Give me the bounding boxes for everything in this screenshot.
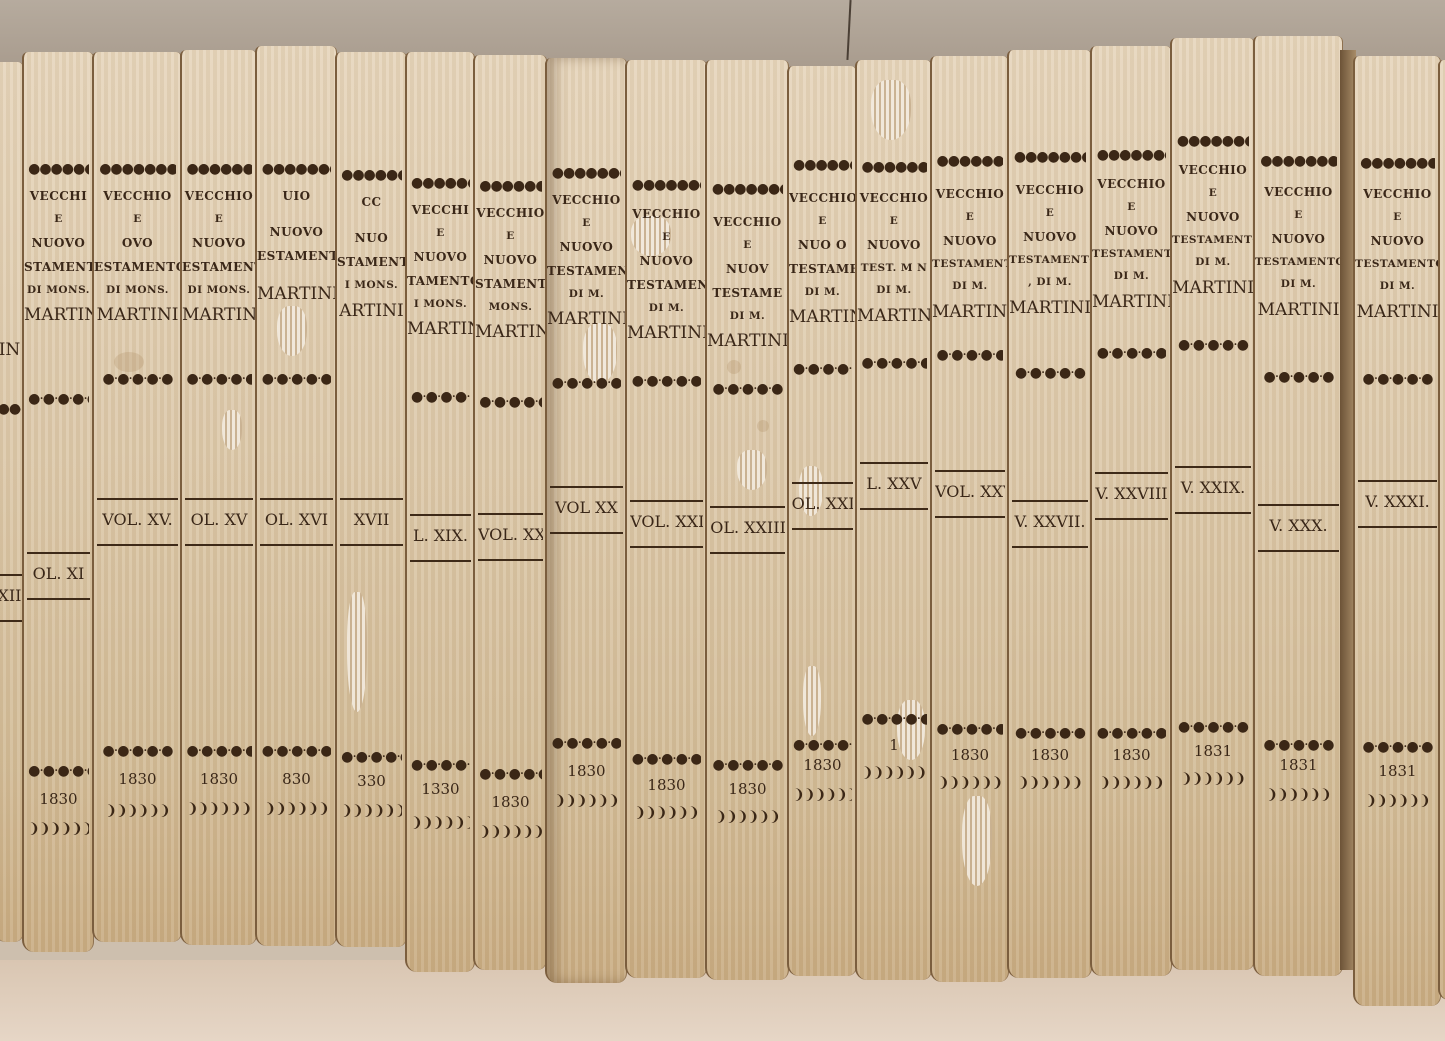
spine-author: ARTINI <box>337 303 406 320</box>
spine-volume: OL. XV <box>185 510 253 529</box>
spine-title-line: E <box>1355 212 1440 223</box>
spine-author: MARTINI <box>547 311 626 328</box>
ornament-mid: ●·●·●·●·● <box>1177 338 1249 352</box>
book-spine: ●●●●●●● VECCHIO E NUOVO TEST. M N DI M. … <box>855 60 932 980</box>
spine-volume: V. XXVII. <box>1012 512 1087 531</box>
book-spine: ●●●●●●● VECCHIO E NUO O TESTAMENT DI M. … <box>787 66 857 976</box>
spine-title-line: NUOVO <box>407 251 474 263</box>
book-spine: ●●●●●●● IN XII <box>0 62 24 942</box>
ornament-year-top: ●·●·●·●·● <box>28 764 89 778</box>
spine-author: MARTINI <box>627 325 706 342</box>
spine-title-line: VECCHIO <box>932 188 1008 200</box>
spine-volume: VOL. XXII. <box>630 512 703 531</box>
book-spine: ●●●●●●● VECCHIO E NUOVO TESTAMENTO DI M.… <box>1353 56 1441 1006</box>
book-spine: ●●●●●●● VECCHIO E NUOVO ESTAMENTO DI MON… <box>180 50 257 945</box>
spine-title-line: TESTAMENT <box>789 263 856 275</box>
spine-title-line: TESTAMENTO <box>547 265 626 277</box>
ornament-top: ●●●●●●● <box>28 162 89 176</box>
ornament-top: ●●●●●●● <box>937 154 1004 168</box>
spine-title-line: ESTAMENTO <box>182 261 256 273</box>
spine-title-line: I MONS. <box>337 280 406 291</box>
ornament-mid: ●·●·●·●·● <box>99 372 176 386</box>
ornament-mid: ●·●·●·●·● <box>793 362 852 376</box>
spine-volume: L. XIX. <box>410 526 472 545</box>
spine-title-line: E <box>1009 208 1091 219</box>
spine-title-line: ESTAMENT <box>257 250 336 262</box>
ornament-year-top: ●·●·●·●·● <box>552 736 622 750</box>
spine-year: 1830 <box>1092 746 1171 764</box>
ornament-mid: ●·●·●·●·● <box>552 376 622 390</box>
spine-author: MARTINI <box>94 307 181 324</box>
spine-title-line: NUO O <box>789 239 856 251</box>
spine-author: MARTINI <box>857 308 931 325</box>
spine-title-line: E <box>24 214 93 225</box>
ornament-top: ●●●●●●● <box>186 162 251 176</box>
spine-title-line: TESTAME <box>707 287 788 299</box>
ornament-bottom: ❩❩❩❩❩❩ <box>1097 776 1167 790</box>
book-spine: ●●●●●●● VECCHI E NUOVO STAMENT DI MONS. … <box>22 52 94 952</box>
spine-title-line: DI M. <box>1092 271 1171 282</box>
ornament-top: ●●●●●●● <box>479 179 541 193</box>
ornament-mid: ●·●·●·●·● <box>937 348 1004 362</box>
spine-title-line: NUOVO <box>182 237 256 249</box>
ornament-mid: ●·●·●·●·● <box>411 390 470 404</box>
spine-title-line: NUO <box>337 232 406 244</box>
spine-year: 1831 <box>1255 756 1342 774</box>
ornament-top: ●●●●●●● <box>1360 156 1435 170</box>
spine-year: 1 <box>857 736 931 754</box>
spine-year: 1830 <box>24 790 93 808</box>
spine-author: MARTINI <box>407 321 474 338</box>
spine-volume: VOL. XXV <box>935 482 1005 501</box>
ornament-mid: ●·●·●·●·● <box>632 374 702 388</box>
spine-volume: OL. XVI <box>260 510 333 529</box>
ornament-mid: ●·●·●·●·● <box>479 395 541 409</box>
spine-author: MARTINI <box>182 307 256 324</box>
spine-title-line: VECCHI <box>24 190 93 202</box>
ornament-bottom: ❩❩❩❩❩❩ <box>411 816 470 830</box>
spine-title-line: E <box>707 240 788 251</box>
spine-year: 1830 <box>182 770 256 788</box>
book-spine: ●●●●●●● VECCHIO E NUOVO STAMENT MONS. MA… <box>473 55 547 970</box>
spine-title-line: NUOVO <box>1355 235 1440 247</box>
spine-title-line: TESTAMENTO <box>1092 249 1171 260</box>
spine-year: 1830 <box>627 776 706 794</box>
ornament-year-top: ●·●·●·●·● <box>937 722 1004 736</box>
spine-title-line: DI M. <box>857 285 931 296</box>
spine-author: MARTINI <box>1172 280 1254 297</box>
spine-title-line: DI M. <box>1355 281 1440 292</box>
spine-title-line: CC <box>337 196 406 208</box>
ornament-year-top: ●·●·●·●·● <box>861 712 926 726</box>
spine-volume: VOL. XX <box>478 525 543 544</box>
ornament-top: ●●●●●●● <box>99 162 176 176</box>
book-spine: ●●●●●●● VECCHIO E OVO ESTAMENTO DI MONS.… <box>92 52 182 942</box>
ornament-top: ●●●●●●● <box>1014 150 1086 164</box>
spine-title-line: STAMENT <box>337 256 406 268</box>
spine-title-line: E <box>1092 202 1171 213</box>
spine-title-line: VECCHIO <box>475 207 546 219</box>
ornament-bottom: ❩❩❩❩❩❩ <box>937 776 1004 790</box>
spine-volume: L. XXV <box>860 474 928 493</box>
spine-title-line: ESTAMENTO <box>94 261 181 273</box>
spine-title-line: NUOVO <box>547 241 626 253</box>
ornament-top: ●●●●●●● <box>1097 148 1167 162</box>
ornament-bottom: ❩❩❩❩❩❩ <box>28 822 89 836</box>
ornament-year-top: ●·●·●·●·● <box>341 750 402 764</box>
ornament-bottom: ❩❩❩❩❩❩ <box>1360 794 1435 808</box>
ornament-bottom: ❩❩❩❩❩❩ <box>1260 788 1337 802</box>
spine-title-line: DI MONS. <box>182 285 256 296</box>
ornament-bottom: ❩❩❩❩❩❩ <box>99 804 176 818</box>
spine-title-line: TESTAMENTO <box>1355 259 1440 270</box>
spine-title-line: VECCHIO <box>547 194 626 206</box>
spine-title-line: VECCHIO <box>707 216 788 228</box>
ornament-mid: ●·●·●·●·● <box>861 356 926 370</box>
ornament-bottom: ❩❩❩❩❩❩ <box>186 802 251 816</box>
ornament-mid: ●·●·●·●·● <box>1260 370 1337 384</box>
spine-year: 1330 <box>407 780 474 798</box>
book-spine: ●●●●●●● VECCHIO E NUOVO TESTAMENTO , DI … <box>1007 50 1092 978</box>
ornament-mid: ●·●·●·●·● <box>1097 346 1167 360</box>
spine-volume: OL. XXI <box>792 494 854 513</box>
spine-title-line: I MONS. <box>407 299 474 310</box>
ornament-top: ●●●●●●● <box>1260 154 1337 168</box>
ornament-bottom: ❩❩❩❩❩❩ <box>861 766 926 780</box>
book-spine: ●●●●●●● VECCHIO E NUOVO TESTAMENTO DI M.… <box>1170 38 1255 970</box>
spine-title-line: NUOVO <box>1172 211 1254 223</box>
ornament-bottom: ❩❩❩❩❩❩ <box>1014 776 1086 790</box>
spine-title-line: NUOVO <box>257 226 336 238</box>
spine-title-line: DI M. <box>789 287 856 298</box>
spine-title-line: TESTAMENTO <box>932 259 1008 270</box>
spine-volume: VOL. XV. <box>97 510 177 529</box>
spine-title-line: UIO <box>257 190 336 202</box>
spine-title-line: VECCHIO <box>94 190 181 202</box>
spine-title-line: TESTAMENTO <box>1255 257 1342 268</box>
spine-author: MARTINI <box>1355 304 1440 321</box>
spine-volume: V. XXX. <box>1258 516 1338 535</box>
spine-title-line: NUOVO <box>1255 233 1342 245</box>
spine-title-line: DI M. <box>547 289 626 300</box>
book-spine: ●●●●●●● VECCHIO E NUOV TESTAME DI M. MAR… <box>705 60 789 980</box>
ornament-year-top: ●·●·●·●·● <box>479 767 541 781</box>
spine-title-line: E <box>932 212 1008 223</box>
spine-year: 830 <box>257 770 336 788</box>
spine-title-line: DI MONS. <box>94 285 181 296</box>
ornament-mid: ●·●·●·●·● <box>186 372 251 386</box>
ornament-year-top: ●·●·●·●·● <box>1177 720 1249 734</box>
ornament-year-top: ●·●·●·●·● <box>632 752 702 766</box>
ornament-year-top: ●·●·●·●·● <box>793 738 852 752</box>
book-spine <box>1438 60 1445 1000</box>
ornament-bottom: ❩❩❩❩❩❩ <box>262 802 332 816</box>
spine-author: MARTINI <box>475 324 546 341</box>
ornament-year-top: ●·●·●·●·● <box>99 744 176 758</box>
book-row: ●●●●●●● IN XII ●●●●●●● VECCHI E NUOVO ST… <box>0 0 1445 1041</box>
spine-year: 1831 <box>1172 742 1254 760</box>
spine-title-line: VECCHIO <box>1172 164 1254 176</box>
ornament: ●●●●●●● <box>0 402 21 416</box>
spine-author: MARTINI <box>24 307 93 324</box>
ornament-top: ●●●●●●● <box>341 168 402 182</box>
spine-author: MARTINI <box>1092 294 1171 311</box>
spine-title-line: DI M. <box>1172 257 1254 268</box>
ornament-bottom: ❩❩❩❩❩❩ <box>712 810 783 824</box>
spine-title-line: NUOV <box>707 263 788 275</box>
spine-title-line: E <box>94 214 181 225</box>
book-spine: ●●●●●●● VECCHIO E NUOVO TESTAMENTO DI M.… <box>1090 46 1172 976</box>
spine-title-line: E <box>1172 188 1254 199</box>
spine-title-line: NUOVO <box>932 235 1008 247</box>
spine-year: 1830 <box>94 770 181 788</box>
spine-title-line: STAMENT <box>24 261 93 273</box>
book-spine: ●●●●●●● CC NUO STAMENT I MONS. ARTINI XV… <box>335 52 407 947</box>
ornament-mid: ●·●·●·●·● <box>1360 372 1435 386</box>
spine-author: MARTINI <box>257 286 336 303</box>
spine-year: 1830 <box>547 762 626 780</box>
book-spine: ●●●●●●● VECCHIO E NUOVO TESTAMENTO DI M.… <box>625 60 707 978</box>
spine-title-line: VECCHI <box>407 204 474 216</box>
spine-title-line: E <box>627 232 706 243</box>
ornament-top: ●●●●●●● <box>632 178 702 192</box>
spine-title-line: TESTAMENTO <box>627 279 706 291</box>
spine-year: 1830 <box>707 780 788 798</box>
spine-title-line: E <box>407 228 474 239</box>
spine-title-line: , DI M. <box>1009 277 1091 288</box>
spine-author: MARTINI <box>789 309 856 326</box>
spine-title-line: NUOVO <box>627 255 706 267</box>
spine-title-line: TESTAMENTO <box>1009 255 1091 266</box>
spine-author: MARTINI <box>932 304 1008 321</box>
ornament-top: ●●●●●●● <box>861 160 926 174</box>
spine-title-line: NUOVO <box>24 237 93 249</box>
book-spine: ●●●●●●● VECCHIO E NUOVO TESTAMENTO DI M.… <box>1253 36 1343 976</box>
ornament-bottom: ❩❩❩❩❩❩ <box>479 825 541 839</box>
spine-title-line: VECCHIO <box>182 190 256 202</box>
spine-title-line: VECCHIO <box>1009 184 1091 196</box>
spine-volume: V. XXIX. <box>1175 478 1250 497</box>
ornament-bottom: ❩❩❩❩❩❩ <box>1177 772 1249 786</box>
ornament-mid: ●·●·●·●·● <box>1014 366 1086 380</box>
spine-year: 1830 <box>932 746 1008 764</box>
spine-title-line: TESTAMENTO <box>1172 235 1254 246</box>
spine-title-line: VECCHIO <box>1092 178 1171 190</box>
ornament-year-top: ●·●·●·●·● <box>712 758 783 772</box>
ornament-top: ●●●●●●● <box>552 166 622 180</box>
spine-title-line: DI M. <box>1255 279 1342 290</box>
ornament-mid: ●·●·●·●·● <box>262 372 332 386</box>
spine-year: 330 <box>337 772 406 790</box>
book-spine: ●●●●●●● VECCHIO E NUOVO TESTAMENTO DI M.… <box>545 58 627 983</box>
spine-volume: V. XXVIII <box>1095 484 1168 503</box>
spine-title-line: TEST. M N <box>857 263 931 274</box>
spine-title-line: E <box>789 216 856 227</box>
spine-title-line: E <box>1255 210 1342 221</box>
spine-title-line: DI M. <box>932 281 1008 292</box>
spine-year: 1830 <box>475 793 546 811</box>
spine-volume: OL. XXIII. <box>710 518 785 537</box>
spine-author: MARTINI <box>1255 302 1342 319</box>
ornament-year-top: ●·●·●·●·● <box>1260 738 1337 752</box>
spine-title-line: NUOVO <box>1009 231 1091 243</box>
ornament-year-top: ●·●·●·●·● <box>1360 740 1435 754</box>
spine-title-line: E <box>182 214 256 225</box>
spine-title-line: VECCHIO <box>789 192 856 204</box>
spine-year: 1831 <box>1355 762 1440 780</box>
ornament-bottom: ❩❩❩❩❩❩ <box>632 806 702 820</box>
ornament-bottom: ❩❩❩❩❩❩ <box>341 804 402 818</box>
book-spine: ●●●●●●● VECCHI E NUOVO TAMENTO I MONS. M… <box>405 52 475 972</box>
spine-title-line: VECCHIO <box>1255 186 1342 198</box>
ornament-mid: ●·●·●·●·● <box>712 382 783 396</box>
spine-volume: XVII <box>340 510 403 529</box>
spine-volume: VOL XX <box>550 498 623 517</box>
spine-title-line: STAMENT <box>475 278 546 290</box>
spine-title-line: DI MONS. <box>24 285 93 296</box>
ornament-year-top: ●·●·●·●·● <box>1014 726 1086 740</box>
spine-volume: V. XXXI. <box>1358 492 1436 511</box>
ornament-top: ●●●●●●● <box>262 162 332 176</box>
spine-title-line: NUOVO <box>475 254 546 266</box>
spine-author: IN <box>0 342 23 359</box>
book-spine: ●●●●●●● VECCHIO E NUOVO TESTAMENTO DI M.… <box>930 56 1009 982</box>
spine-title-line: VECCHIO <box>627 208 706 220</box>
spine-title-line: E <box>475 231 546 242</box>
spine-title-line: NUOVO <box>857 239 931 251</box>
book-spine: ●●●●●●● UIO NUOVO ESTAMENT MARTINI ●·●·●… <box>255 46 337 946</box>
spine-title-line: OVO <box>94 237 181 249</box>
spine-author: MARTINI <box>707 333 788 350</box>
spine-year: 1830 <box>789 756 856 774</box>
ornament-mid: ●·●·●·●·● <box>28 392 89 406</box>
spine-title-line: E <box>547 218 626 229</box>
ornament-top: ●●●●●●● <box>712 182 783 196</box>
ornament-year-top: ●·●·●·●·● <box>411 758 470 772</box>
spine-volume: XII <box>0 586 22 605</box>
ornament-year-top: ●·●·●·●·● <box>262 744 332 758</box>
spine-title-line: NUOVO <box>1092 225 1171 237</box>
ornament-year-top: ●·●·●·●·● <box>1097 726 1167 740</box>
spine-title-line: TAMENTO <box>407 275 474 287</box>
spine-year: 1830 <box>1009 746 1091 764</box>
ornament-year-top: ●·●·●·●·● <box>186 744 251 758</box>
ornament-bottom: ❩❩❩❩❩❩ <box>552 794 622 808</box>
spine-title-line: MONS. <box>475 302 546 313</box>
spine-title-line: E <box>857 216 931 227</box>
ornament-top: ●●●●●●● <box>1177 134 1249 148</box>
spine-title-line: VECCHIO <box>857 192 931 204</box>
spine-title-line: DI M. <box>627 303 706 314</box>
ornament-bottom: ❩❩❩❩❩❩ <box>793 788 852 802</box>
ornament-top: ●●●●●●● <box>793 158 852 172</box>
spine-author: MARTINI <box>1009 300 1091 317</box>
spine-title-line: VECCHIO <box>1355 188 1440 200</box>
spine-volume: OL. XI <box>27 564 90 583</box>
spine-title-line: DI M. <box>707 311 788 322</box>
ornament-top: ●●●●●●● <box>411 176 470 190</box>
